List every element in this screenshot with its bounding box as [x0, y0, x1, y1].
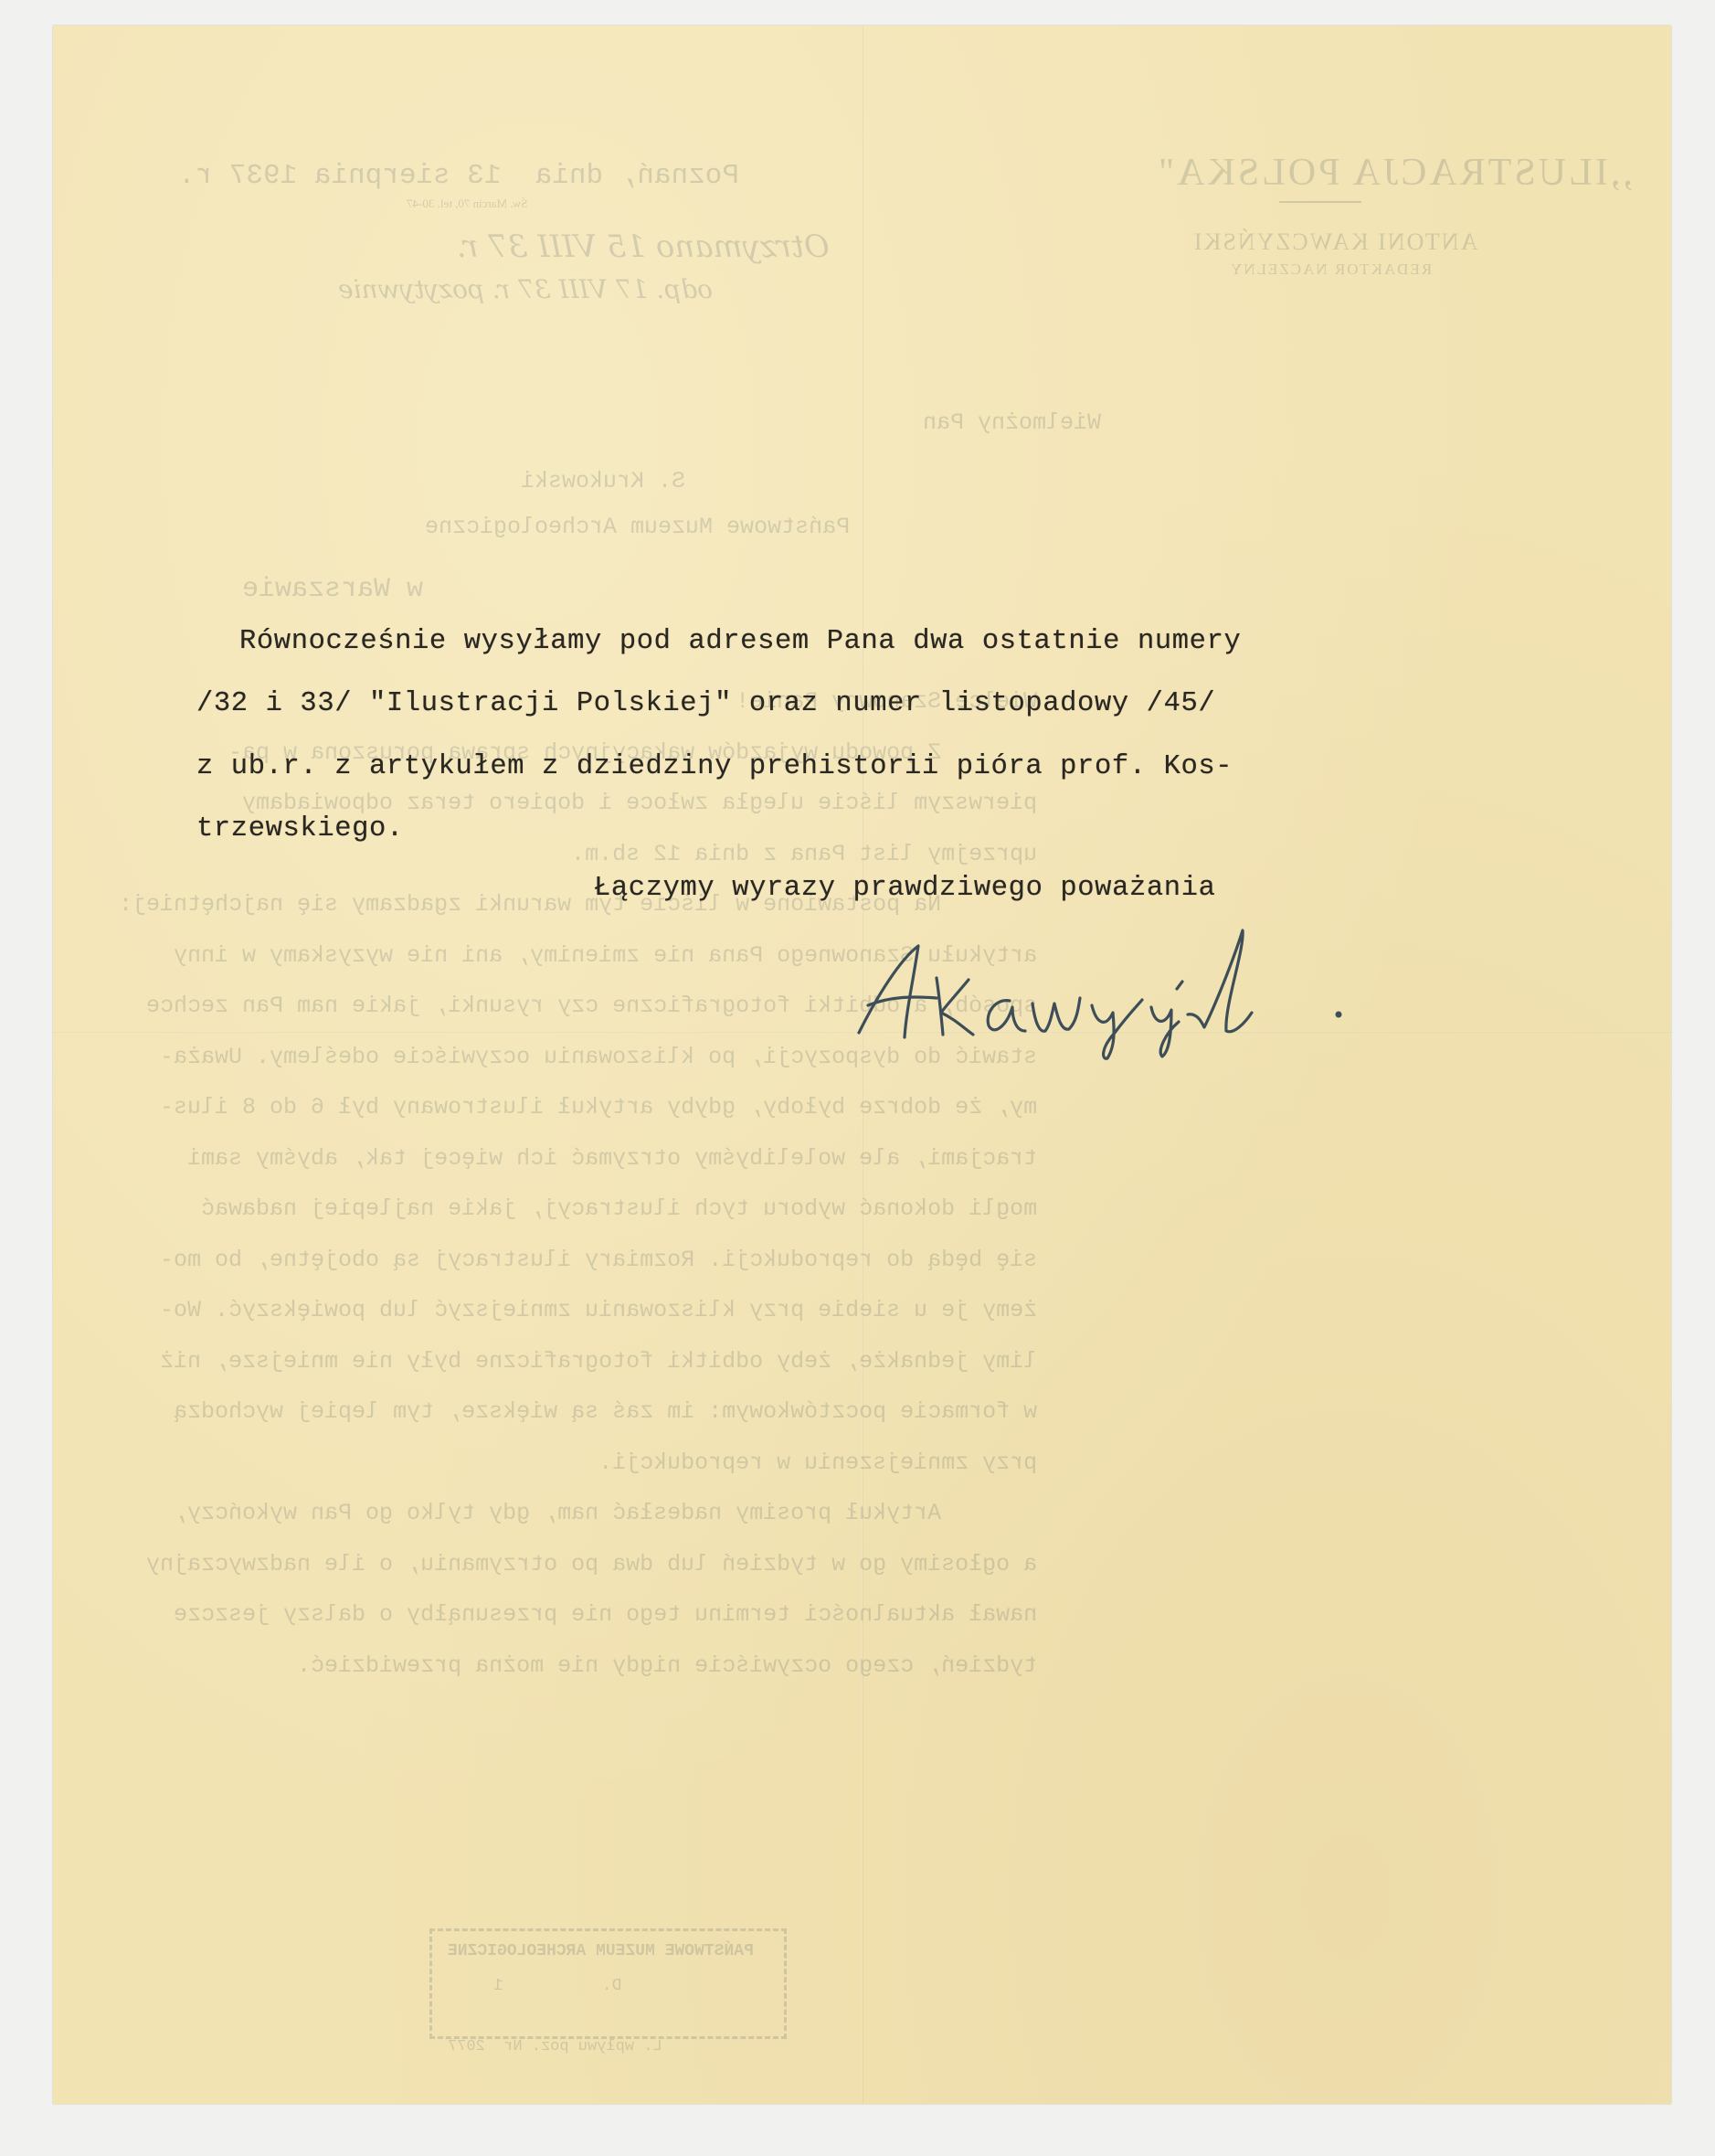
body-line-1: Równocześnie wysyłamy pod adresem Pana d…	[239, 626, 1241, 657]
show-through-letterhead-rule	[1279, 201, 1361, 203]
show-through-greeting-title: Wielmożny Pan	[923, 409, 1101, 436]
show-through-recipient-city: w Warszawie	[242, 574, 423, 605]
signature	[850, 923, 1361, 1060]
show-through-stamp-line-2: D. 1	[493, 1977, 621, 1995]
show-through-recipient-name: S. Krukowski	[521, 468, 685, 494]
closing-salutation: Łączymy wyrazy prawdziwego poważania	[594, 873, 1216, 904]
show-through-stamp-line-1: PAŃSTWOWE MUZEUM ARCHEOLOGICZNE	[448, 1942, 754, 1960]
show-through-date: Poznań, dnia 13 sierpnia 1937 r.	[178, 160, 739, 192]
show-through-address: Św. Marcin 70, tel. 30-47	[407, 196, 527, 211]
body-line-3: z ub.r. z artykułem z dziedziny prehisto…	[196, 751, 1233, 782]
show-through-handwritten-note-2: odp. 17 VIII 37 r. pozytywnie	[338, 274, 713, 304]
show-through-letterhead-title: ,,ILUSTRACJA POLSKA"	[1156, 151, 1633, 195]
show-through-editor-role: REDAKTOR NACZELNY	[1229, 260, 1432, 279]
show-through-editor-name: ANTONI KAWCZYŃSKI	[1192, 228, 1477, 256]
show-through-recipient-institution: Państwowe Muzeum Archeologiczne	[425, 514, 850, 540]
body-line-4: trzewskiego.	[196, 813, 404, 844]
show-through-handwritten-note-1: Otrzymano 15 VIII 37 r.	[457, 228, 830, 265]
body-line-2: /32 i 33/ "Ilustracji Polskiej" oraz num…	[196, 688, 1215, 719]
show-through-stamp-line-3: L. wpływu poz. Nr 2077	[448, 2038, 662, 2055]
